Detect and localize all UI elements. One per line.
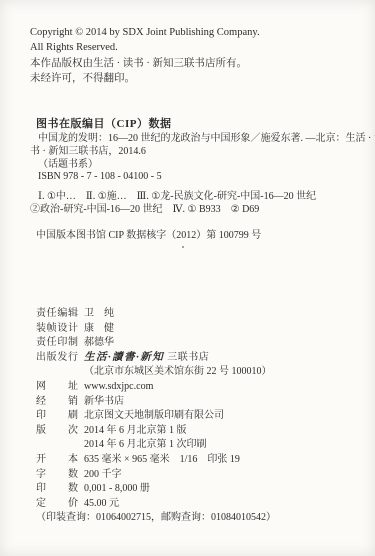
- colophon-label: 版次: [36, 424, 78, 439]
- colophon-row-price: 定价45.00 元: [36, 497, 276, 512]
- colophon-value: 卫 纯: [84, 307, 114, 322]
- inquiry-phone-footnote: （印装查询：01064002715，邮购查询：01084010542）: [36, 511, 276, 526]
- colophon-value: 郝德华: [84, 336, 114, 351]
- colophon-row-print-run: 印数0,001 - 8,000 册: [36, 482, 276, 497]
- colophon-value: 新华书店: [84, 395, 124, 410]
- cip-series: （话题书系）: [30, 159, 375, 172]
- colophon-row-publisher: 出版发行生活·讀書·新知 三联书店: [36, 351, 276, 366]
- colophon-row-designer: 装帧设计康 健: [36, 322, 276, 337]
- cip-record-number: 中国版本图书馆 CIP 数据核字（2012）第 100799 号: [36, 226, 261, 241]
- publisher-logotype: 生活·讀書·新知: [84, 352, 164, 363]
- colophon-row-distributor: 经销新华书店: [36, 395, 276, 410]
- copyright-chinese-line1: 本作品版权由生活 · 读书 · 新知三联书店所有。: [30, 56, 260, 71]
- cip-isbn: ISBN 978 - 7 - 108 - 04100 - 5: [30, 171, 375, 184]
- edition-printing-line: 2014 年 6 月北京第 1 次印刷: [36, 438, 276, 453]
- colophon-label: 开本: [36, 453, 78, 468]
- publisher-address: （北京市东城区美术馆东街 22 号 100010）: [36, 365, 276, 380]
- copyright-english-line1: Copyright © 2014 by SDX Joint Publishing…: [30, 25, 260, 40]
- colophon-label: 印刷: [36, 409, 78, 424]
- cip-heading: 图书在版编目（CIP）数据: [36, 115, 171, 131]
- colophon-row-website: 网址www.sdxjpc.com: [36, 380, 276, 395]
- cip-body: 中国龙的发明：16—20 世纪的龙政治与中国形象／施爱东著. —北京：生活 · …: [30, 133, 375, 184]
- colophon-block: 责任编辑卫 纯 装帧设计康 健 责任印制郝德华 出版发行生活·讀書·新知 三联书…: [36, 307, 276, 526]
- colophon-row-printer: 印刷北京图文天地制版印刷有限公司: [36, 409, 276, 424]
- colophon-label: 定价: [36, 497, 78, 512]
- colophon-row-print-supervisor: 责任印制郝德华: [36, 336, 276, 351]
- colophon-value: 北京图文天地制版印刷有限公司: [84, 409, 224, 424]
- colophon-value: 康 健: [84, 322, 114, 337]
- colophon-value: 200 千字: [84, 468, 122, 483]
- colophon-label: 责任印制: [36, 336, 78, 351]
- book-copyright-page: Copyright © 2014 by SDX Joint Publishing…: [0, 0, 375, 556]
- colophon-value: 635 毫米 × 965 毫米 1/16 印张 19: [84, 453, 240, 468]
- colophon-row-word-count: 字数200 千字: [36, 468, 276, 483]
- colophon-label: 出版发行: [36, 351, 78, 366]
- colophon-row-editor: 责任编辑卫 纯: [36, 307, 276, 322]
- colophon-value: 45.00 元: [84, 497, 119, 512]
- copyright-english-line2: All Rights Reserved.: [30, 40, 260, 55]
- print-speck: [182, 246, 184, 248]
- colophon-value: 0,001 - 8,000 册: [84, 482, 150, 497]
- colophon-label: 经销: [36, 395, 78, 410]
- cip-class-line1: Ⅰ. ①中… Ⅱ. ①施… Ⅲ. ①龙-民族文化-研究-中国-16—20 世纪: [30, 191, 316, 204]
- colophon-label: 印数: [36, 482, 78, 497]
- copyright-block: Copyright © 2014 by SDX Joint Publishing…: [30, 25, 260, 87]
- cip-classification: Ⅰ. ①中… Ⅱ. ①施… Ⅲ. ①龙-民族文化-研究-中国-16—20 世纪 …: [30, 191, 316, 216]
- colophon-label: 网址: [36, 380, 78, 395]
- colophon-label: 字数: [36, 468, 78, 483]
- copyright-chinese-line2: 未经许可，不得翻印。: [30, 71, 260, 86]
- cip-title-line2: 书 · 新知三联书店，2014.6: [30, 146, 375, 159]
- colophon-value: 2014 年 6 月北京第 1 版: [84, 424, 187, 439]
- cip-title-line1: 中国龙的发明：16—20 世纪的龙政治与中国形象／施爱东著. —北京：生活 · …: [30, 133, 375, 146]
- website-url: www.sdxjpc.com: [84, 380, 153, 395]
- colophon-row-format: 开本635 毫米 × 965 毫米 1/16 印张 19: [36, 453, 276, 468]
- colophon-row-edition: 版次2014 年 6 月北京第 1 版: [36, 424, 276, 439]
- colophon-label: 责任编辑: [36, 307, 78, 322]
- colophon-label: 装帧设计: [36, 322, 78, 337]
- cip-class-line2: ②政治-研究-中国-16—20 世纪 Ⅳ. ① B933 ② D69: [30, 204, 316, 217]
- publisher-name: 三联书店: [164, 352, 209, 363]
